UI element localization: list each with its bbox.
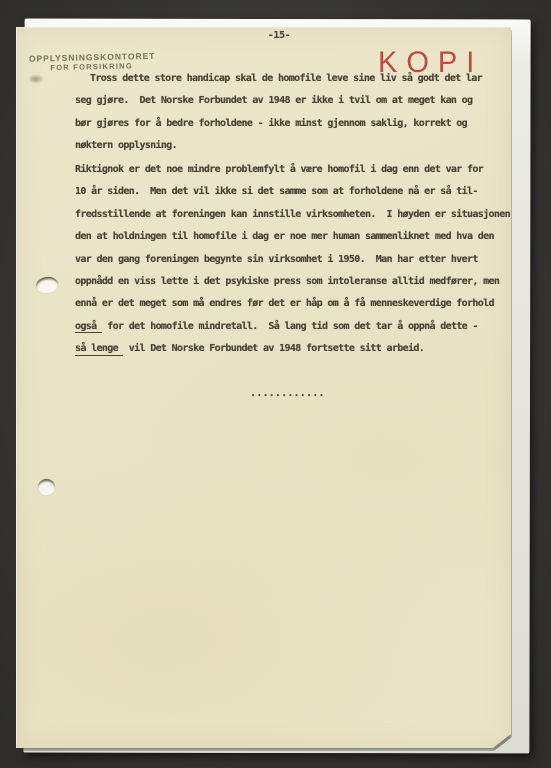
typed-line: nøktern opplysning. xyxy=(75,135,521,157)
typed-line: den at holdningen til homofile i dag er … xyxy=(75,226,521,248)
typed-line: fredsstillende at foreningen kan innstil… xyxy=(75,204,521,226)
paragraph: Riktignok er det noe mindre problemfylt … xyxy=(75,159,521,361)
typed-line: også for det homofile mindretall. Så lan… xyxy=(75,316,521,338)
typed-line: så lenge vil Det Norske Forbundet av 194… xyxy=(75,338,521,360)
paragraph: Tross dette store handicap skal de homof… xyxy=(75,68,521,158)
typed-line: var den gang foreningen begynte sin virk… xyxy=(75,249,521,271)
typed-line: oppnådd en viss lette i det psykiske pre… xyxy=(75,271,521,293)
typed-line: ennå er det meget som må endres før det … xyxy=(75,293,521,315)
typed-line: 10 år siden. Men det vil ikke si det sam… xyxy=(75,181,521,203)
punch-hole-bottom xyxy=(38,479,55,495)
document-page: -15- OPPLYSNINGSKONTORET FOR FORSIKRING … xyxy=(16,27,511,748)
punch-hole-top xyxy=(35,275,59,294)
page-number: -15- xyxy=(268,29,290,43)
typed-line: seg gjøre. Det Norske Forbundet av 1948 … xyxy=(75,90,521,112)
separator-dots: ............ xyxy=(250,387,325,401)
typed-line: Riktignok er det noe mindre problemfylt … xyxy=(75,159,521,181)
typed-line: Tross dette store handicap skal de homof… xyxy=(75,68,521,90)
typed-text: Tross dette store handicap skal de homof… xyxy=(75,68,521,361)
ink-smudge xyxy=(29,74,44,83)
scanned-document-photo: -15- OPPLYSNINGSKONTORET FOR FORSIKRING … xyxy=(0,0,551,768)
typed-line: bør gjøres for å bedre forholdene - ikke… xyxy=(75,113,521,135)
